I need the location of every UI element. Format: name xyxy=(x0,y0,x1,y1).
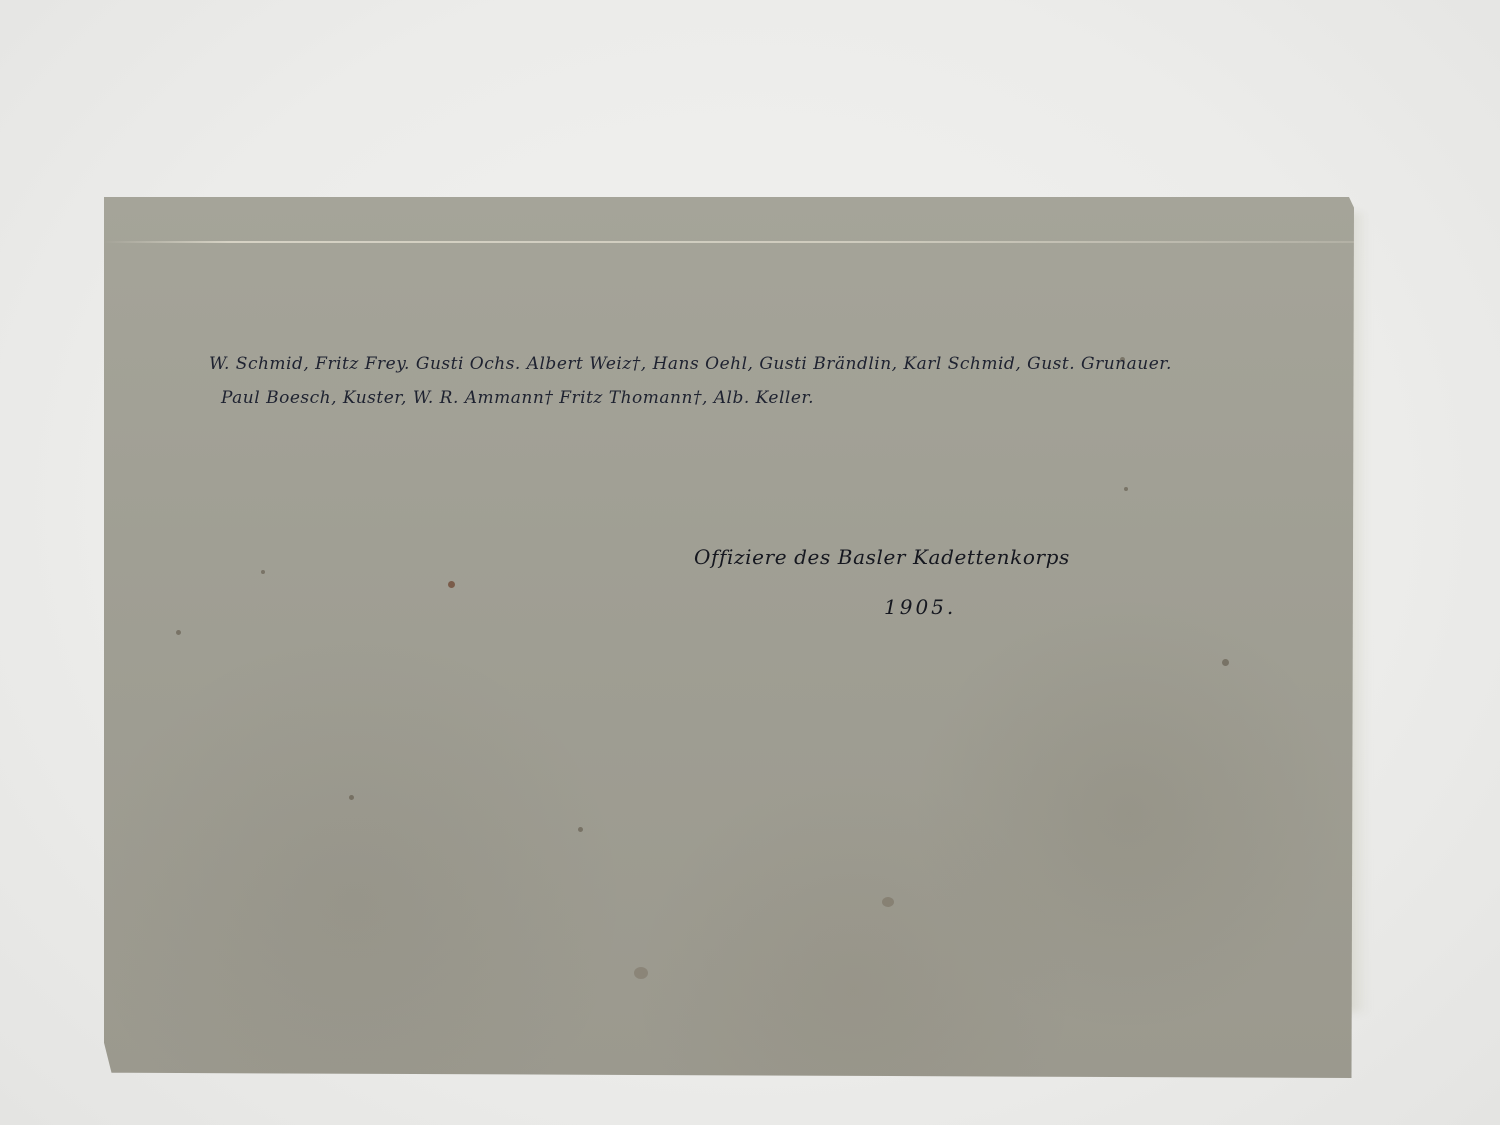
stain-spot xyxy=(176,630,181,635)
stain-spot xyxy=(261,570,265,574)
stain-spot xyxy=(448,581,455,588)
stain-spot xyxy=(578,827,583,832)
stain-spot xyxy=(1222,659,1229,666)
stain-spot xyxy=(634,967,648,979)
handwritten-names: W. Schmid, Fritz Frey. Gusti Ochs. Alber… xyxy=(209,347,1329,415)
handwritten-caption: Offiziere des Basler Kadettenkorps xyxy=(694,545,1070,569)
stain-spot xyxy=(1124,487,1128,491)
stain-spot xyxy=(882,897,894,907)
photo-mount-back: W. Schmid, Fritz Frey. Gusti Ochs. Alber… xyxy=(104,197,1354,1078)
names-line-2: Paul Boesch, Kuster, W. R. Ammann† Fritz… xyxy=(209,381,1329,415)
handwritten-year: 1905. xyxy=(884,595,956,619)
stain-spot xyxy=(349,795,354,800)
crease-line xyxy=(104,241,1354,243)
names-line-1: W. Schmid, Fritz Frey. Gusti Ochs. Alber… xyxy=(209,347,1329,381)
